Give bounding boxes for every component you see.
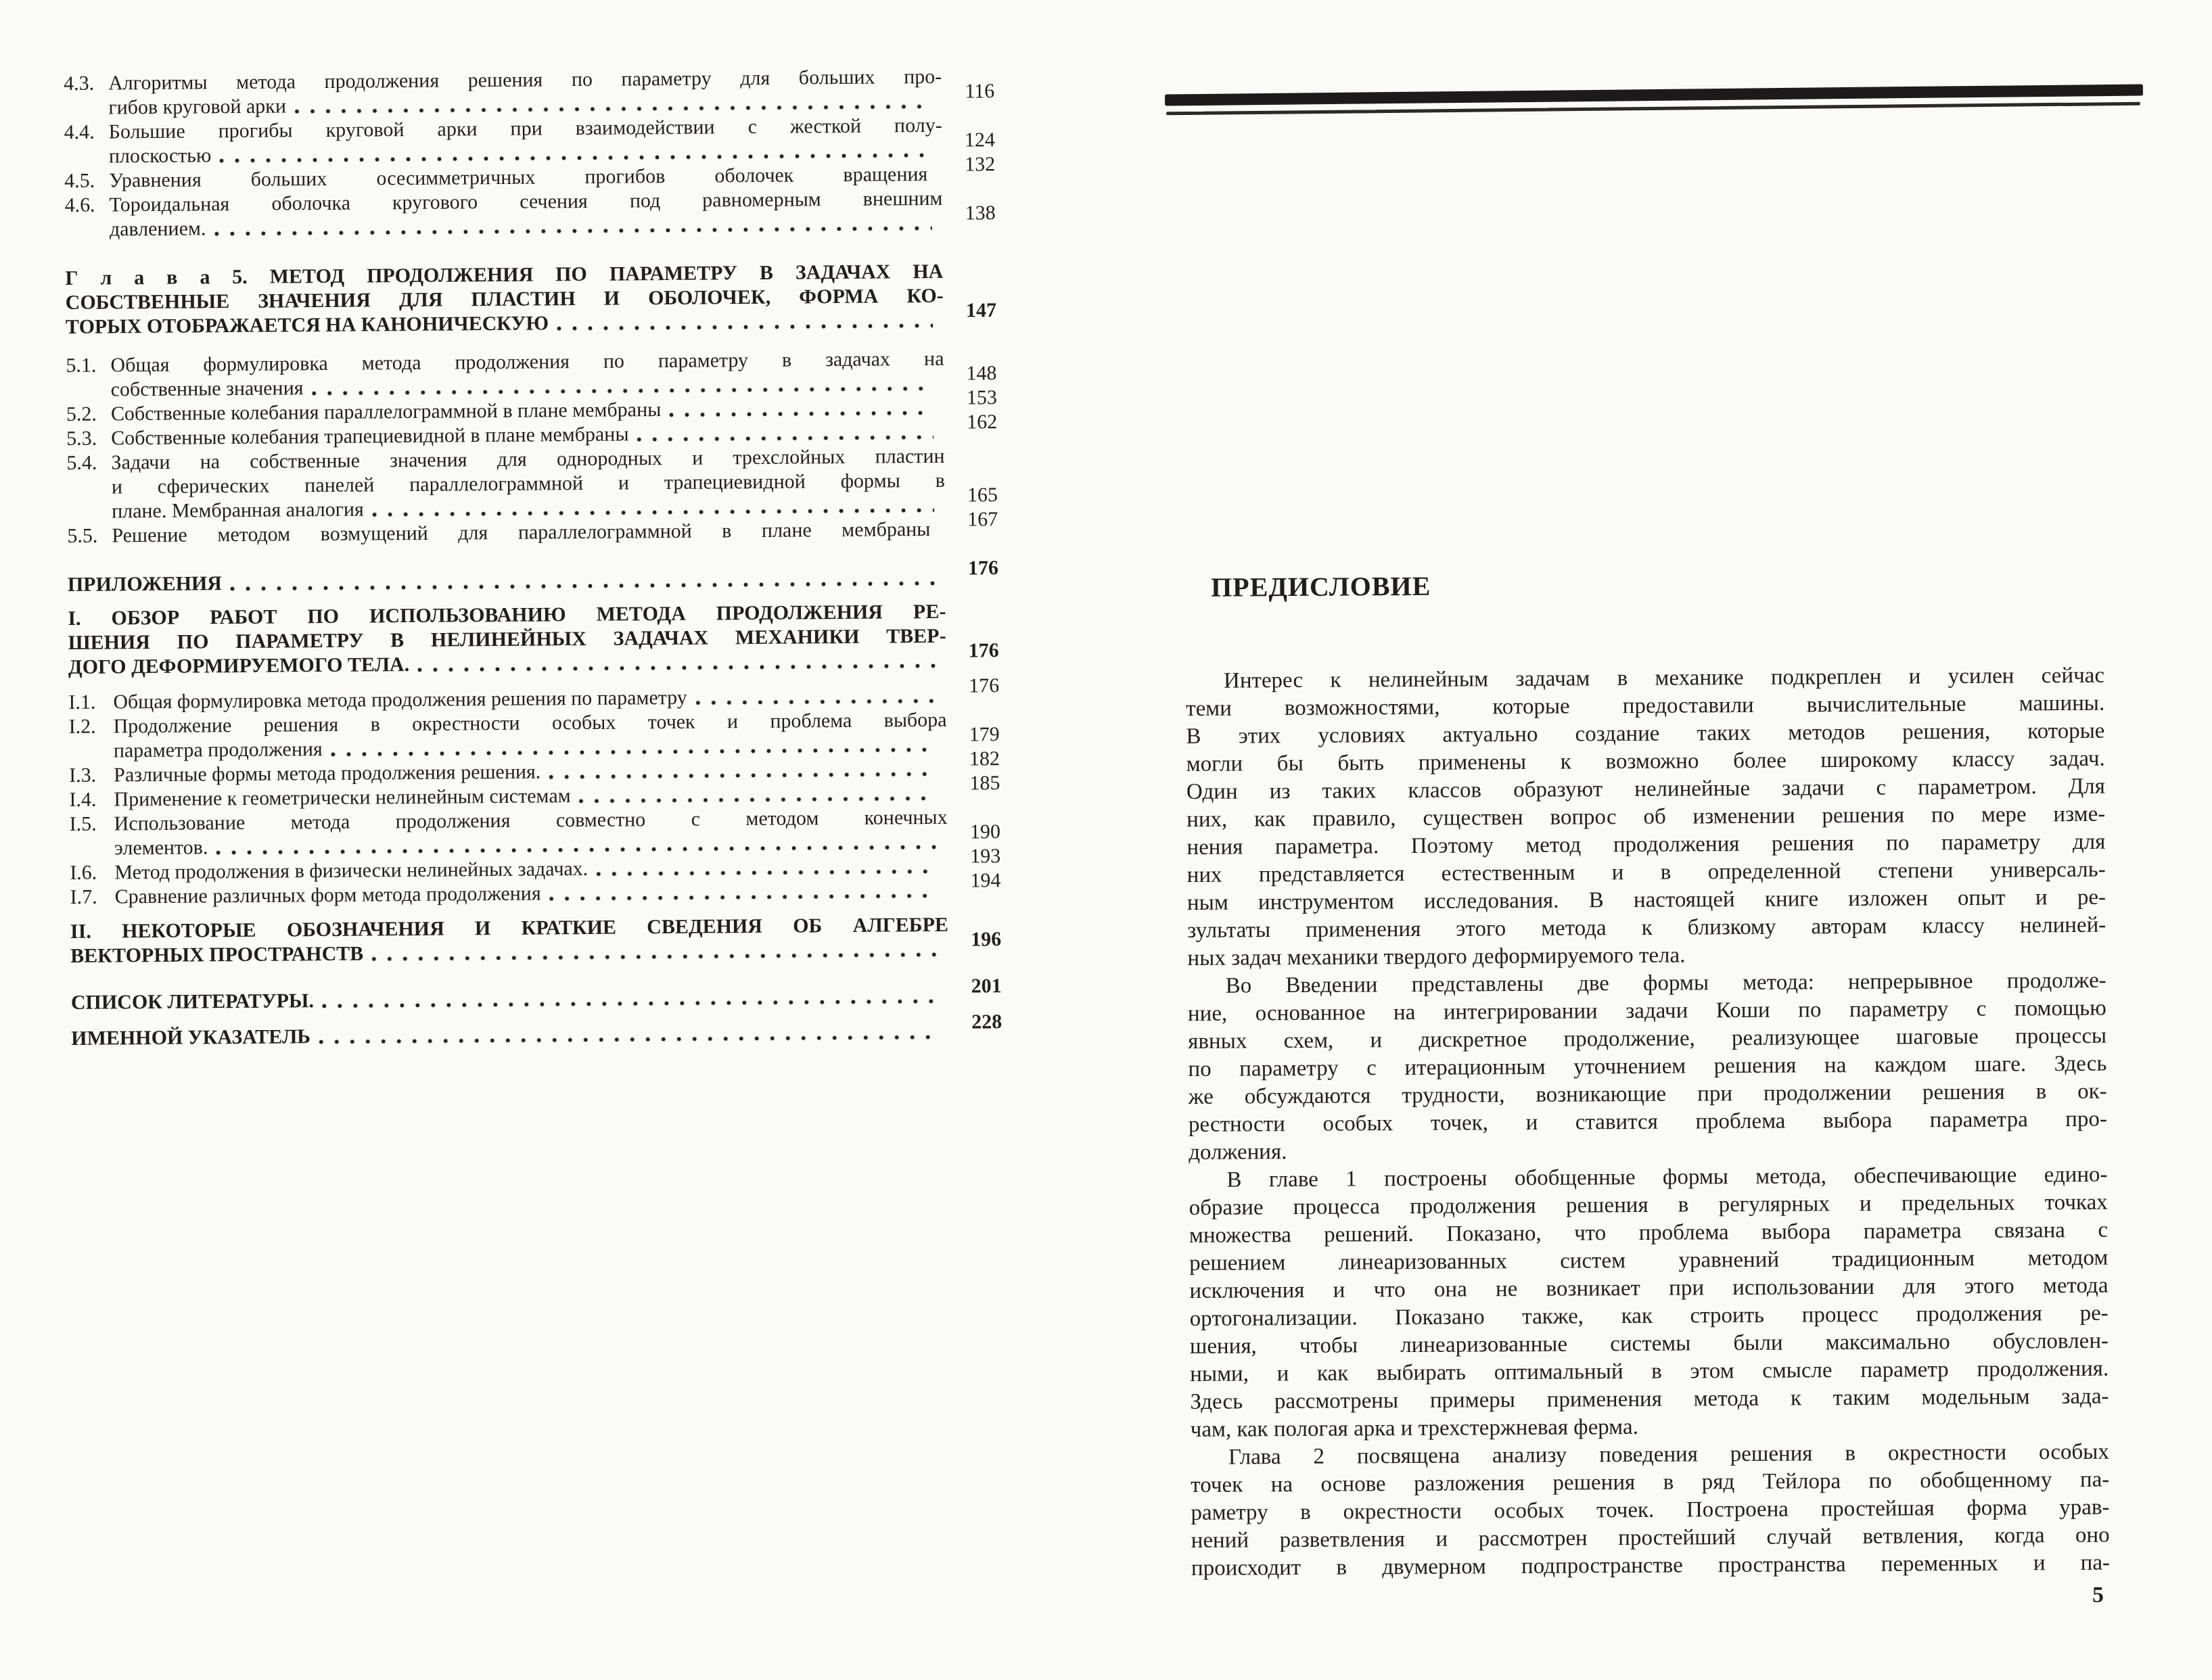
dot-leader: [549, 772, 936, 779]
toc-page-number: 185: [940, 771, 1000, 796]
toc-entry-label: 5.1.: [66, 354, 96, 378]
toc-item-entry: 5.1.Общая формулировка метода продолжени…: [66, 346, 997, 402]
toc-page-number: 176: [940, 674, 999, 699]
toc-page: 4.3.Алгоритмы метода продолжения решения…: [64, 64, 1002, 1051]
toc-entry-label: 4.5.: [64, 169, 95, 193]
dot-leader: [371, 952, 938, 962]
preface-line: зультаты применения этого метода к близк…: [1187, 912, 2106, 945]
toc-entry-title: плане. Мембранная аналогия: [112, 498, 364, 524]
toc-entry-title: гибов круговой арки: [108, 94, 286, 120]
toc-chapter-entry: Г л а в а 5. МЕТОД ПРОДОЛЖЕНИЯ ПО ПАРАМЕ…: [65, 259, 996, 340]
toc-entry-label: 4.4.: [64, 120, 95, 145]
toc-chapter-entry: II. НЕКОТОРЫЕ ОБОЗНАЧЕНИЯ И КРАТКИЕ СВЕД…: [70, 912, 1002, 969]
preface-paragraph: Глава 2 посвящена анализу поведения реше…: [1191, 1439, 2110, 1583]
toc-entry-title: Применение к геометрически нелинейным си…: [114, 784, 570, 812]
toc-entry-title: ИМЕННОЙ УКАЗАТЕЛЬ: [71, 1025, 310, 1051]
dot-leader: [216, 845, 937, 855]
toc-page-number: 201: [942, 974, 1002, 999]
toc-entry-label: 5.5.: [67, 524, 97, 549]
dot-leader: [311, 386, 933, 396]
dot-leader: [549, 893, 938, 902]
toc-page-number: 148: [937, 361, 996, 386]
dot-leader: [219, 153, 931, 163]
toc-entry-label: 4.3.: [64, 72, 94, 96]
book-spread: 4.3.Алгоритмы метода продолжения решения…: [0, 0, 2212, 1680]
scan-artifact-thick-line: [1165, 84, 2143, 106]
dot-leader: [417, 663, 936, 672]
toc-entry-label: 5.3.: [66, 427, 97, 451]
preface-page: ПРЕДИСЛОВИЕ Интерес к нелинейным задачам…: [1185, 566, 2110, 1583]
toc-item-entry: 4.3.Алгоритмы метода продолжения решения…: [64, 64, 995, 120]
toc-entry-title: плоскостью: [109, 143, 212, 168]
toc-item-entry: 5.4.Задачи на собственные значения для о…: [66, 444, 998, 524]
toc-entry-label: I.1.: [68, 691, 95, 715]
toc-page-number: 138: [936, 201, 996, 226]
dot-leader: [579, 796, 937, 803]
dot-leader: [669, 411, 934, 417]
toc-line: ИМЕННОЙ УКАЗАТЕЛЬ228: [71, 1019, 1002, 1051]
page-number: 5: [2050, 1583, 2104, 1608]
dot-leader: [695, 699, 936, 705]
toc-page-number: 132: [936, 152, 995, 177]
preface-body: Интерес к нелинейным задачам в механике …: [1186, 662, 2110, 1583]
toc-page-number: 196: [942, 927, 1001, 952]
preface-paragraph: Интерес к нелинейным задачам в механике …: [1186, 662, 2106, 973]
dot-leader: [596, 869, 937, 877]
dot-leader: [637, 435, 934, 442]
toc-entry-title: СПИСОК ЛИТЕРАТУРЫ.: [71, 989, 314, 1015]
preface-line: рестности особых точек, и ставится пробл…: [1189, 1106, 2107, 1139]
toc-entry-label: I.5.: [70, 812, 97, 837]
toc-item-entry: I.2.Продолжение решения в окрестности ос…: [68, 707, 1000, 764]
preface-paragraph: В главе 1 построены обобщенные формы мет…: [1189, 1161, 2109, 1444]
toc-entry-label: I.4.: [69, 788, 96, 812]
toc-entry-title: ВЕКТОРНЫХ ПРОСТРАНСТВ: [70, 942, 363, 969]
toc-entry-label: 5.4.: [66, 451, 97, 475]
toc-entry-title: собственные значения: [111, 376, 304, 402]
toc-line: СПИСОК ЛИТЕРАТУРЫ.201: [71, 983, 1002, 1015]
dot-leader: [557, 323, 933, 331]
preface-title: ПРЕДИСЛОВИЕ: [1211, 566, 2104, 604]
toc-page-number: 190: [941, 820, 1000, 845]
dot-leader: [372, 508, 934, 517]
toc-page-number: 228: [942, 1010, 1002, 1035]
toc-chapter-entry: I. ОБЗОР РАБОТ ПО ИСПОЛЬЗОВАНИЮ МЕТОДА П…: [68, 599, 999, 680]
dot-leader: [230, 581, 935, 591]
toc-entry-title: ДОГО ДЕФОРМИРУЕМОГО ТЕЛА.: [68, 653, 410, 680]
toc-entry-label: I.3.: [69, 764, 96, 788]
toc-page-number: 176: [940, 638, 999, 663]
toc-page-number: 194: [941, 868, 1000, 893]
toc-entry-title: Собственные колебания трапециевидной в п…: [111, 422, 629, 450]
toc-entry-title: Метод продолжения в физически нелинейных…: [114, 857, 588, 885]
preface-line: Здесь рассмотрены примеры применения мет…: [1190, 1383, 2109, 1416]
dot-leader: [319, 1035, 938, 1044]
toc-page-number: 153: [938, 386, 997, 411]
toc-entry-label: 4.6.: [64, 193, 95, 218]
toc-entry-title: давлением.: [110, 216, 206, 241]
toc-entry-title: Сравнение различных форм метода продолже…: [114, 881, 540, 909]
toc-chapter-entry: ИМЕННОЙ УКАЗАТЕЛЬ228: [71, 1019, 1002, 1051]
toc-item-entry: 4.6.Тороидальная оболочка кругового сече…: [64, 186, 996, 242]
toc-page-number: 124: [936, 128, 995, 153]
toc-entry-title: элементов.: [114, 835, 208, 860]
toc-line: ПРИЛОЖЕНИЯ176: [68, 565, 998, 597]
toc-chapter-entry: СПИСОК ЛИТЕРАТУРЫ.201: [71, 983, 1002, 1015]
preface-paragraph: Во Введении представлены две формы метод…: [1188, 967, 2108, 1167]
dot-leader: [294, 104, 931, 114]
toc-entry-label: I.2.: [68, 715, 95, 739]
toc-page-number: 167: [938, 507, 998, 532]
toc-entry-title: параметра продолжения: [114, 737, 323, 763]
toc-page-number: 147: [937, 298, 996, 323]
dot-leader: [214, 226, 931, 236]
toc-entry-title: ПРИЛОЖЕНИЯ: [68, 571, 222, 597]
scan-artifact-bar: [1165, 80, 2144, 120]
toc-entry-title: ТОРЫХ ОТОБРАЖАЕТСЯ НА КАНОНИЧЕСКУЮ: [66, 311, 549, 340]
toc-entry-label: I.6.: [70, 861, 97, 885]
toc-page-number: 193: [941, 844, 1000, 869]
toc-page-number: 165: [938, 483, 998, 508]
toc-chapter-entry: ПРИЛОЖЕНИЯ176: [68, 565, 998, 597]
toc-item-entry: 4.4.Большие прогибы круговой арки при вз…: [64, 113, 996, 169]
toc-entry-title: Различные формы метода продолжения решен…: [114, 760, 540, 787]
toc-page-number: 162: [938, 410, 997, 435]
preface-line: происходит в двумерном подпространстве п…: [1191, 1549, 2110, 1583]
dot-leader: [331, 747, 936, 757]
toc-entry-label: 5.2.: [66, 402, 97, 427]
toc-page-number: 176: [939, 556, 998, 581]
toc-page-number: 182: [940, 747, 1000, 772]
toc-page-number: 179: [940, 722, 1000, 747]
toc-page-number: 116: [935, 79, 994, 104]
dot-leader: [322, 999, 938, 1008]
toc-entry-label: I.7.: [70, 885, 97, 910]
toc-item-entry: I.5.Использование метода продолжения сов…: [70, 805, 1001, 861]
